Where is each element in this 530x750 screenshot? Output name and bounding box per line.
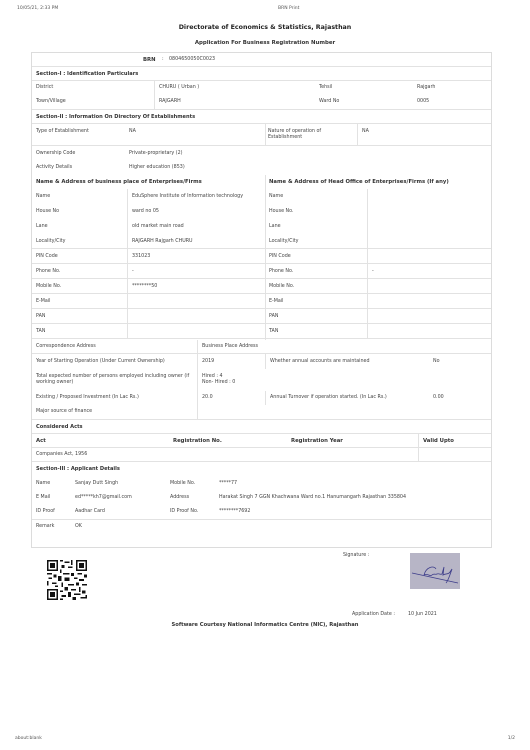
business-address-heading: Name & Address of business place of Ente…	[36, 179, 202, 185]
print-page-title: BRN Print	[278, 6, 299, 11]
print-datetime: 10/05/21, 2:33 PM	[17, 6, 58, 11]
applicant-name-value: Sanjay Dutt Singh	[75, 481, 118, 487]
establishment-row: Type of Establishment NA Nature of opera…	[32, 124, 491, 146]
address-field-label: PAN	[36, 314, 45, 320]
head-office-field-label: E-Mail	[269, 299, 284, 305]
address-row: Phone No.-Phone No.-	[32, 264, 491, 279]
application-date-label: Application Date :	[352, 612, 395, 617]
address-field-label: PIN Code	[36, 254, 58, 260]
business-address-value: ********50	[132, 284, 157, 290]
ward-value: 0005	[417, 99, 429, 105]
address-row: House Noward no 05House No.	[32, 204, 491, 219]
address-field-label: Locality/City	[36, 239, 66, 245]
business-address-value: -	[132, 269, 134, 275]
address-row: PIN Code331023PIN Code	[32, 249, 491, 264]
applicant-address-value: Harakat Singh 7 GGN Khachwana Ward no.1 …	[219, 495, 406, 501]
address-row: E-MailE-Mail	[32, 294, 491, 309]
section3-heading-row: Section-III : Applicant Details	[32, 462, 491, 476]
nonhired-value: Non- Hired : 0	[202, 380, 235, 386]
qr-code-icon	[47, 560, 87, 600]
business-address-value: RAJGARH Rajgarh CHURU	[132, 239, 193, 245]
finance-row: Major source of finance	[32, 405, 491, 420]
remark-row: Remark OK	[32, 520, 491, 534]
turnover-label: Annual Turnover if operation started. (I…	[270, 395, 387, 401]
applicant-email-value: ed*****kh7@gmail.com	[75, 495, 132, 501]
ownership-value: Private-proprietary (2)	[129, 151, 183, 157]
address-row: PANPAN	[32, 309, 491, 324]
head-office-heading: Name & Address of Head Office of Enterpr…	[269, 179, 449, 185]
investment-label: Existing / Proposed Investment (In Lac R…	[36, 395, 139, 401]
activity-value: Higher education (853)	[129, 165, 185, 171]
acts-heading: Considered Acts	[36, 424, 83, 430]
address-row: TANTAN	[32, 324, 491, 339]
business-address-value: ward no 05	[132, 209, 159, 215]
acts-col-valid: Valid Upto	[423, 438, 454, 444]
turnover-value: 0.00	[433, 395, 444, 401]
acts-columns-row: Act Registration No. Registration Year V…	[32, 434, 491, 448]
print-footer-page: 1/2	[508, 736, 515, 741]
tehsil-label: Tehsil	[319, 85, 332, 91]
applicant-email-label: E Mail	[36, 495, 50, 501]
remark-value: OK	[75, 524, 82, 530]
signature-image	[410, 553, 460, 589]
head-office-field-label: Phone No.	[269, 269, 293, 275]
employed-row: Total expected number of persons employe…	[32, 369, 491, 391]
ownership-row: Ownership Code Private-proprietary (2)	[32, 146, 491, 161]
remark-label: Remark	[36, 524, 54, 530]
document-title: Directorate of Economics & Statistics, R…	[0, 24, 530, 31]
business-address-value: 331023	[132, 254, 150, 260]
application-date-value: 10 Jun 2021	[408, 612, 437, 617]
head-office-field-label: House No.	[269, 209, 294, 215]
section1-heading-row: Section-I : Identification Particulars	[32, 67, 491, 81]
applicant-mobile-value: *****77	[219, 481, 237, 487]
acts-col-regno: Registration No.	[173, 438, 222, 444]
ownership-label: Ownership Code	[36, 151, 75, 157]
year-value: 2019	[202, 359, 214, 365]
applicant-address-label: Address	[170, 495, 189, 501]
brn-label: BRN	[143, 57, 156, 63]
nature-label: Nature of operation of Establishment	[268, 129, 338, 141]
district-label: District	[36, 85, 53, 91]
applicant-name-label: Name	[36, 481, 50, 487]
brn-separator: :	[162, 57, 164, 63]
town-value: RAJGARH	[159, 99, 181, 105]
head-office-field-label: Locality/City	[269, 239, 299, 245]
section2-heading-row: Section-II : Information On Directory Of…	[32, 110, 491, 124]
activity-label: Activity Details	[36, 165, 72, 171]
employed-label: Total expected number of persons employe…	[36, 374, 196, 386]
district-row: District CHURU ( Urban ) Tehsil Rajgarh	[32, 81, 491, 95]
year-label: Year of Starting Operation (Under Curren…	[36, 359, 165, 365]
ward-label: Ward No	[319, 99, 339, 105]
address-field-label: Mobile No.	[36, 284, 61, 290]
idproof-value: Aadhar Card	[75, 509, 105, 515]
address-field-label: E-Mail	[36, 299, 51, 305]
head-office-address-value: -	[372, 269, 374, 275]
address-field-label: TAN	[36, 329, 45, 335]
investment-row: Existing / Proposed Investment (In Lac R…	[32, 391, 491, 405]
address-field-label: Lane	[36, 224, 48, 230]
nature-value: NA	[362, 129, 369, 135]
idproofno-label: ID Proof No.	[170, 509, 198, 515]
signature-label: Signature :	[343, 553, 369, 558]
registration-form: BRN : 0804650050C0023 Section-I : Identi…	[31, 52, 492, 548]
tehsil-value: Rajgarh	[417, 85, 435, 91]
software-courtesy: Software Courtesy National Informatics C…	[0, 622, 530, 628]
investment-value: 20.0	[202, 395, 213, 401]
acts-row: Companies Act, 1956	[32, 448, 491, 462]
accounts-value: No	[433, 359, 440, 365]
activity-row: Activity Details Higher education (853)	[32, 161, 491, 175]
section2-heading: Section-II : Information On Directory Of…	[36, 114, 195, 120]
address-row: NameEduSphere Institute of Information t…	[32, 189, 491, 204]
address-field-label: Name	[36, 194, 50, 200]
business-address-value: old market main road	[132, 224, 184, 230]
head-office-field-label: Mobile No.	[269, 284, 294, 290]
accounts-label: Whether annual accounts are maintained	[270, 359, 370, 365]
idproof-label: ID Proof	[36, 509, 55, 515]
head-office-field-label: PIN Code	[269, 254, 291, 260]
section1-heading: Section-I : Identification Particulars	[36, 71, 138, 77]
correspondence-row: Correspondence Address Business Place Ad…	[32, 340, 491, 354]
business-address-value: EduSphere Institute of Information techn…	[132, 194, 243, 200]
address-row: Laneold market main roadLane	[32, 219, 491, 234]
section3-heading: Section-III : Applicant Details	[36, 466, 120, 472]
address-field-label: Phone No.	[36, 269, 60, 275]
address-row: Locality/CityRAJGARH Rajgarh CHURULocali…	[32, 234, 491, 249]
district-value: CHURU ( Urban )	[159, 85, 199, 91]
brn-row: BRN : 0804650050C0023	[32, 53, 491, 67]
address-headings-row: Name & Address of business place of Ente…	[32, 175, 491, 189]
town-row: Town/Village RAJGARH Ward No 0005	[32, 95, 491, 110]
finance-label: Major source of finance	[36, 409, 92, 415]
idproofno-value: ********7692	[219, 509, 250, 515]
correspondence-value: Business Place Address	[202, 344, 258, 350]
acts-col-regyear: Registration Year	[291, 438, 343, 444]
applicant-mobile-label: Mobile No.	[170, 481, 195, 487]
type-value: NA	[129, 129, 136, 135]
applicant-id-row: ID Proof Aadhar Card ID Proof No. ******…	[32, 505, 491, 520]
acts-heading-row: Considered Acts	[32, 420, 491, 434]
town-label: Town/Village	[36, 99, 66, 105]
act-name: Companies Act, 1956	[36, 452, 87, 458]
type-label: Type of Establishment	[36, 129, 89, 135]
year-row: Year of Starting Operation (Under Curren…	[32, 354, 491, 369]
address-row: Mobile No.********50Mobile No.	[32, 279, 491, 294]
brn-value: 0804650050C0023	[169, 57, 215, 63]
print-footer-url: about:blank	[15, 736, 42, 741]
head-office-field-label: TAN	[269, 329, 278, 335]
head-office-field-label: PAN	[269, 314, 278, 320]
acts-col-act: Act	[36, 438, 46, 444]
head-office-field-label: Name	[269, 194, 283, 200]
document-subtitle: Application For Business Registration Nu…	[0, 40, 530, 46]
address-field-label: House No	[36, 209, 59, 215]
head-office-field-label: Lane	[269, 224, 281, 230]
applicant-email-row: E Mail ed*****kh7@gmail.com Address Hara…	[32, 491, 491, 505]
correspondence-label: Correspondence Address	[36, 344, 96, 350]
applicant-name-row: Name Sanjay Dutt Singh Mobile No. *****7…	[32, 476, 491, 491]
